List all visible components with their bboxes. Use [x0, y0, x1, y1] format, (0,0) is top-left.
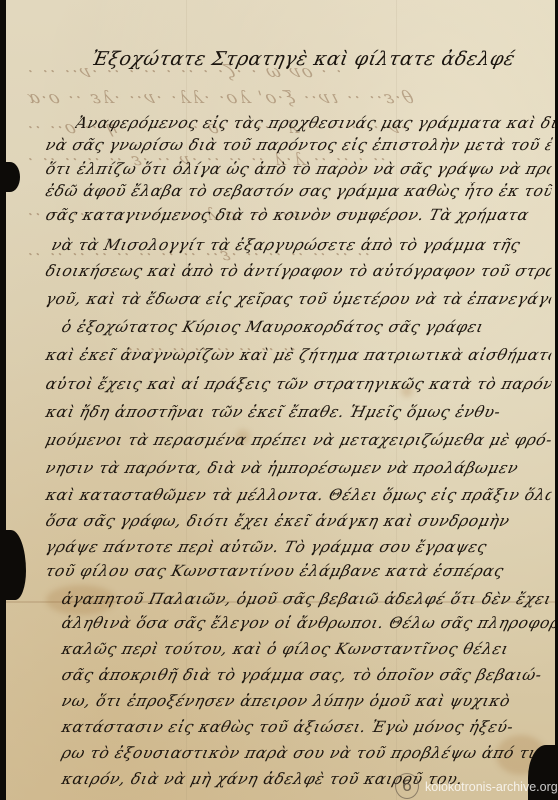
body-line: τοῦ φίλου σας Κωνσταντίνου ἐλάμβανε κατὰ… [44, 562, 553, 580]
body-line: ρω τὸ ἐξουσιαστικὸν παρὰ σου νὰ τοῦ προβ… [60, 744, 555, 762]
body-line: κατάστασιν εἰς καθὼς τοῦ ἀξιώσει. Ἐγὼ μό… [60, 718, 555, 736]
body-line: ἀληθινὰ ὅσα σᾶς ἔλεγον οἱ ἄνθρωποι. Θέλω… [60, 614, 555, 632]
body-line: ἀγαπητοῦ Παλαιῶν, ὁμοῦ σᾶς βεβαιῶ ἀδελφέ… [60, 590, 555, 608]
scan-border-left [0, 0, 6, 800]
body-line: αὐτοὶ ἔχεις καὶ αἱ πράξεις τῶν στρατηγικ… [44, 375, 553, 393]
body-line: ὁ ἐξοχώτατος Κύριος Μαυροκορδάτος σᾶς γρ… [60, 318, 555, 336]
body-line: γράψε πάντοτε περὶ αὐτῶν. Τὸ γράμμα σου … [44, 538, 553, 556]
letter-body: Ἀναφερόμενος εἰς τὰς προχθεσινάς μας γρά… [6, 0, 555, 800]
body-line: σᾶς ἀποκριθῆ διὰ τὸ γράμμα σας, τὸ ὁποῖο… [60, 666, 555, 684]
body-line: νω, ὅτι ἐπροξένησεν ἀπειρον λύπην ὁμοῦ κ… [60, 692, 555, 710]
body-line: ἐδῶ ἀφοῦ ἔλαβα τὸ σεβαστόν σας γράμμα κα… [44, 182, 553, 200]
body-line: καὶ κατασταθῶμεν τὰ μέλλοντα. Θέλει ὅμως… [44, 486, 553, 504]
body-line: Ἀναφερόμενος εἰς τὰς προχθεσινάς μας γρά… [74, 114, 555, 132]
body-line: γοῦ, καὶ τὰ ἔδωσα εἰς χεῖρας τοῦ ὑμετέρο… [44, 290, 553, 308]
body-line: νησιν τὰ παρόντα, διὰ νὰ ἠμπορέσωμεν νὰ … [44, 459, 553, 477]
body-line: μούμενοι τὰ περασμένα πρέπει νὰ μεταχειρ… [44, 431, 553, 449]
body-line: ὅτι ἐλπίζω ὅτι ὀλίγα ὡς ἀπὸ τὸ παρὸν νὰ … [44, 160, 553, 178]
body-line: σᾶς καταγινόμενος διὰ τὸ κοινὸν συμφέρον… [44, 206, 553, 224]
body-line: ὅσα σᾶς γράφω, διότι ἔχει ἐκεῖ ἀνάγκη κα… [44, 512, 553, 530]
body-line: νὰ τὰ Μισολογγίτ τὰ ἐξαργυρώσετε ἀπὸ τὸ … [50, 236, 555, 254]
body-line: καὶ ἤδη ἀποστῆναι τῶν ἐκεῖ ἔπαθε. Ἡμεῖς … [44, 403, 553, 421]
manuscript-page: · · ον ω · ·ζ· · ·· · ·· · ·· ·ν·· ·· · … [6, 0, 555, 800]
body-line: καὶ ἐκεῖ ἀναγνωρίζων καὶ μὲ ζήτημα πατρι… [44, 346, 553, 364]
pencil-page-number: 6 [395, 773, 419, 799]
body-line: νὰ σᾶς γνωρίσω διὰ τοῦ παρόντος εἰς ἐπισ… [44, 136, 553, 154]
archive-watermark: kolokotronis-archive.org [425, 780, 558, 794]
body-line: καλῶς περὶ τούτου, καὶ ὁ φίλος Κωνσταντῖ… [60, 640, 555, 658]
body-line: διοικήσεως καὶ ἀπὸ τὸ ἀντίγραφον τὸ αὐτό… [44, 262, 553, 280]
